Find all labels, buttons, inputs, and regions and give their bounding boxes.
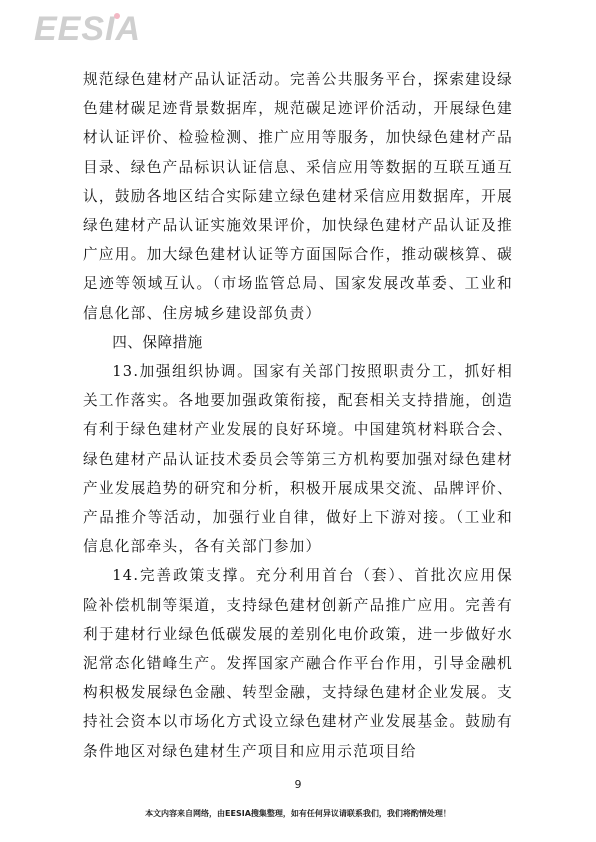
eesia-logo: EESIA <box>34 10 141 49</box>
paragraph-item-14: 14.完善政策支撑。充分利用首台（套）、首批次应用保险补偿机制等渠道，支持绿色建… <box>83 561 513 765</box>
logo-text: EESIA <box>34 10 141 48</box>
paragraph-continued: 规范绿色建材产品认证活动。完善公共服务平台，探索建设绿色建材碳足迹背景数据库，规… <box>83 65 513 328</box>
paragraph-item-13: 13.加强组织协调。国家有关部门按照职责分工，抓好相关工作落实。各地要加强政策衔… <box>83 357 513 561</box>
footer-disclaimer: 本文内容来自网络，由EESIA搜集整理，如有任何异议请联系我们，我们将酌情处理！ <box>0 808 596 819</box>
page-number: 9 <box>0 778 596 791</box>
document-body: 规范绿色建材产品认证活动。完善公共服务平台，探索建设绿色建材碳足迹背景数据库，规… <box>83 65 513 766</box>
logo-accent-dot <box>114 13 120 19</box>
section-heading: 四、保障措施 <box>83 328 513 357</box>
